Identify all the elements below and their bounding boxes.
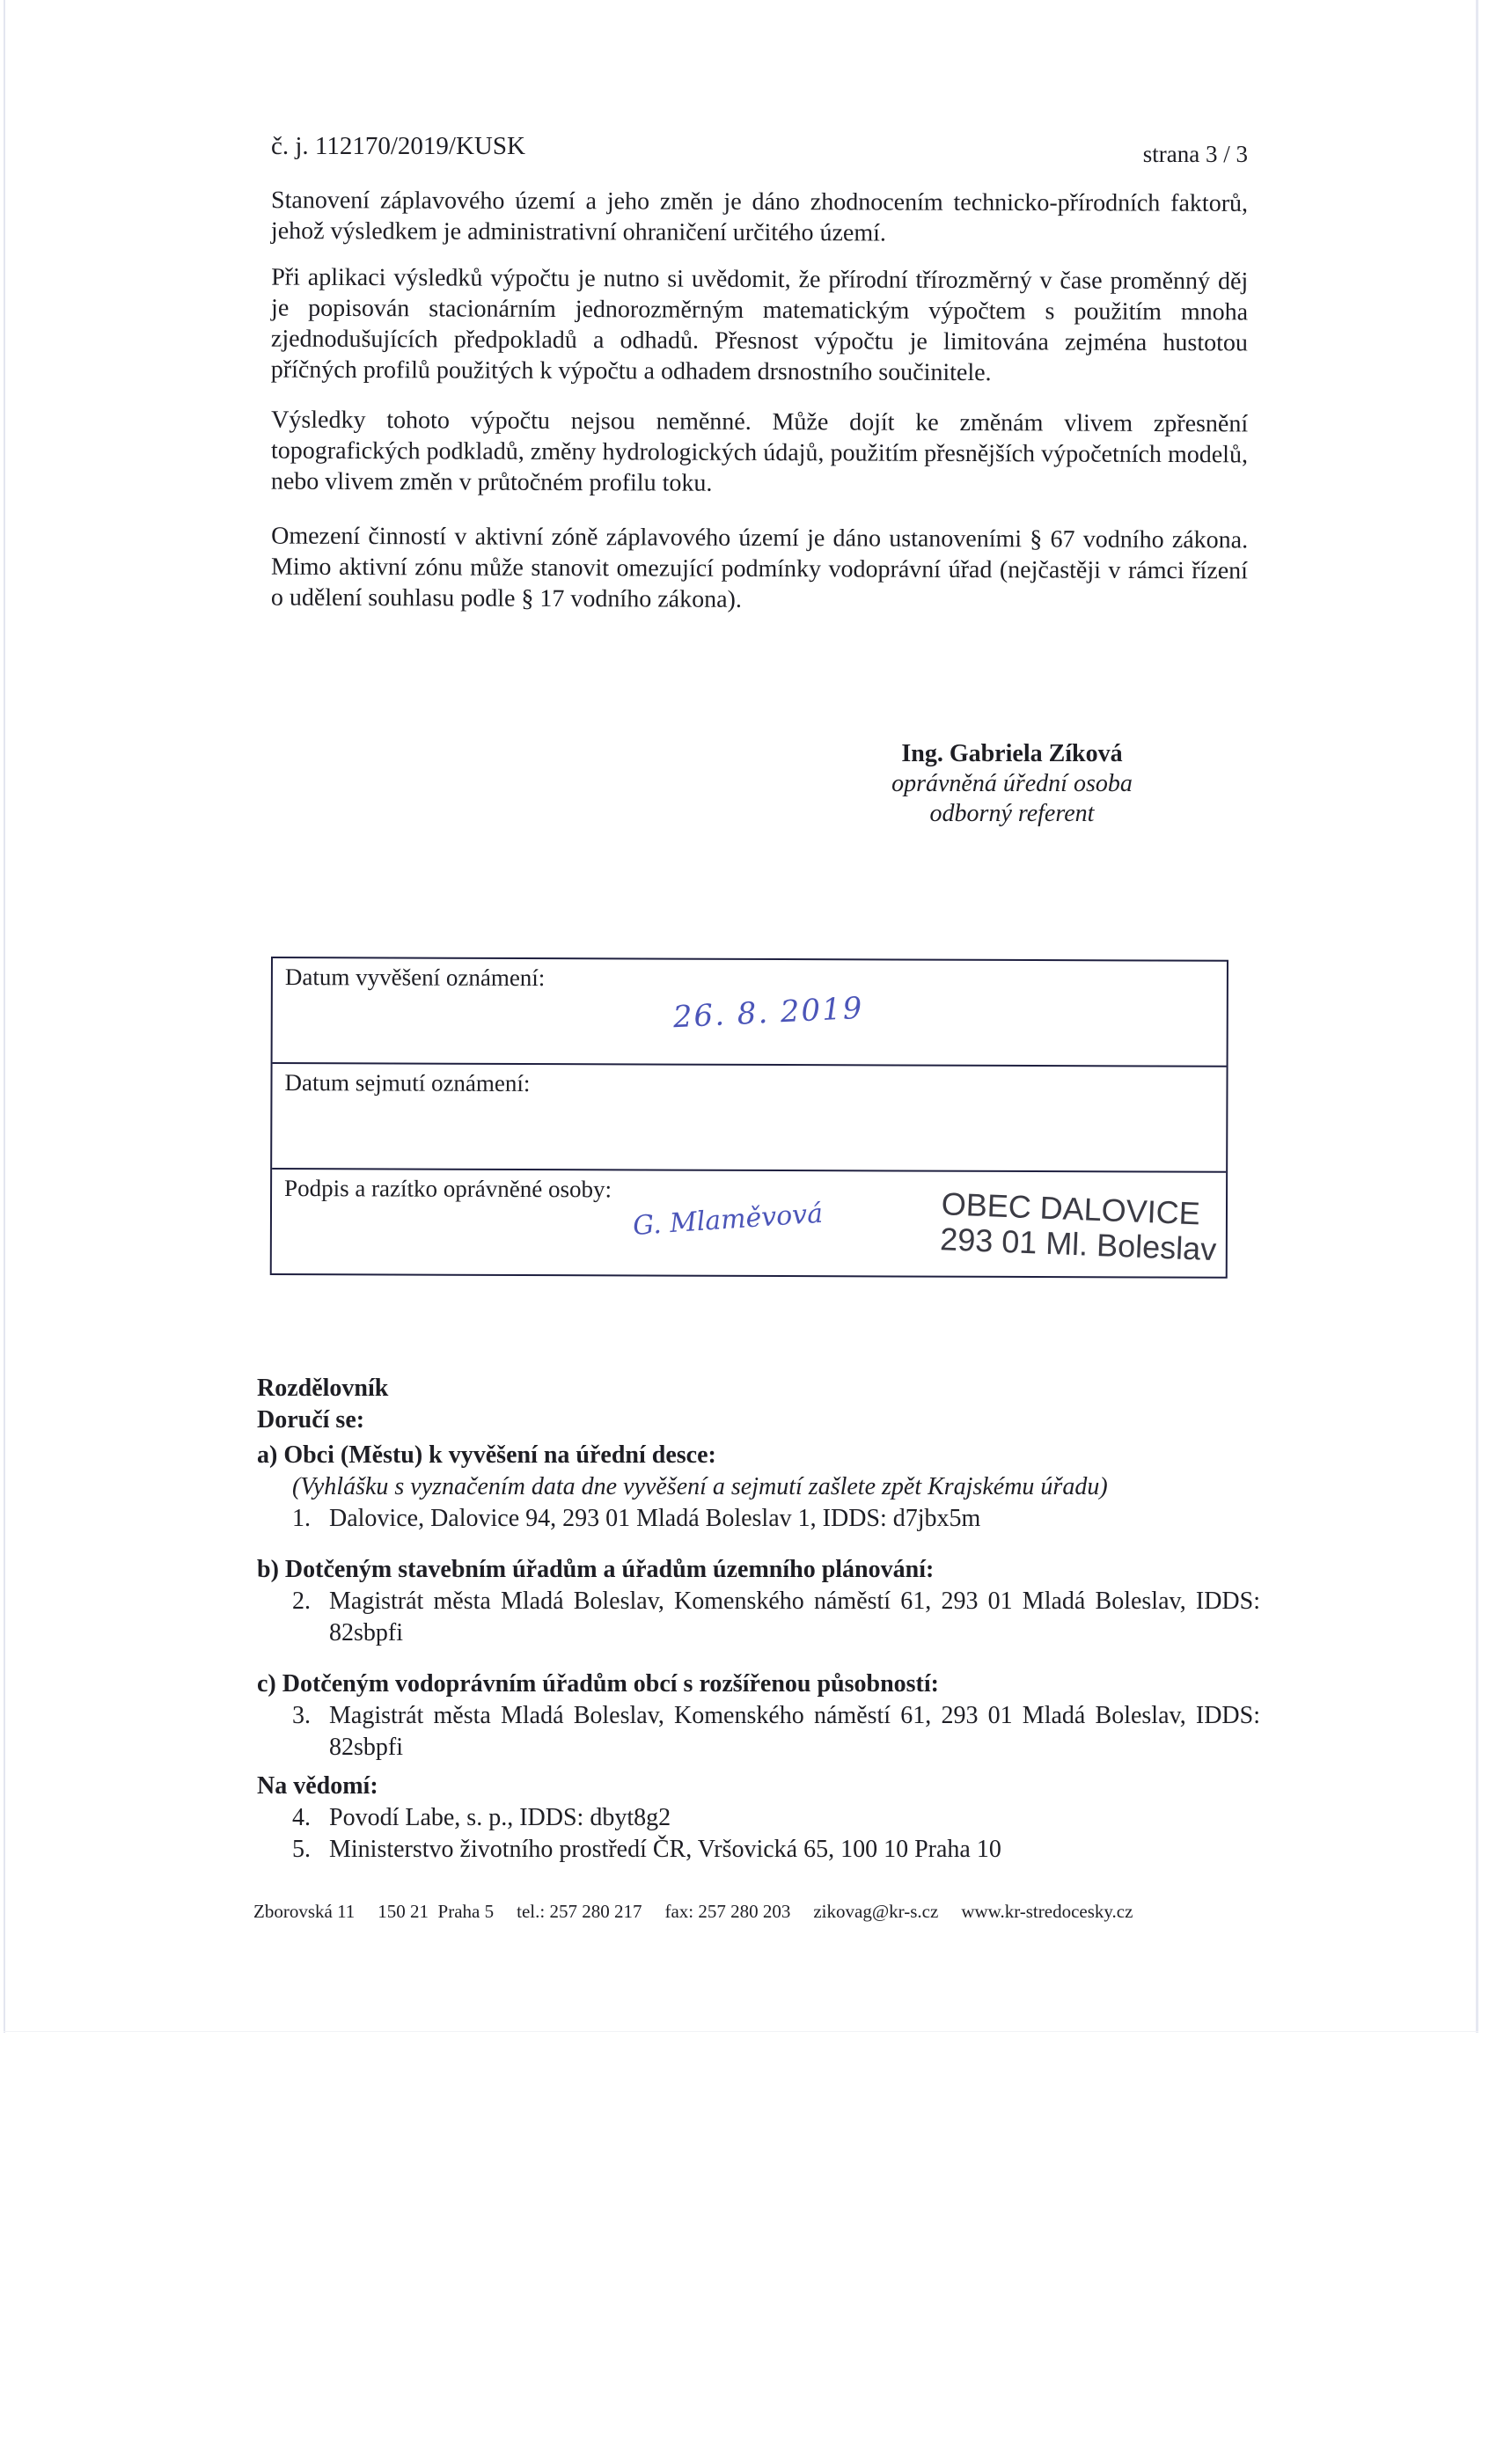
reference-number: č. j. 112170/2019/KUSK [271, 132, 525, 161]
item-text: Magistrát města Mladá Boleslav, Komenské… [329, 1586, 1260, 1649]
footer-web: www.kr-stredocesky.cz [961, 1901, 1133, 1922]
item-text: Dalovice, Dalovice 94, 293 01 Mladá Bole… [329, 1503, 1260, 1535]
item-number: 3. [292, 1700, 329, 1764]
handwritten-signature: G. Mlaměvová [632, 1199, 824, 1242]
item-text: Ministerstvo životního prostředí ČR, Vrš… [329, 1834, 1260, 1866]
item-number: 2. [292, 1586, 329, 1649]
scan-edge-bottom [4, 2031, 1478, 2032]
posting-date-label: Datum vyvěšení oznámení: [285, 964, 546, 992]
posting-date-row: Datum vyvěšení oznámení: 26. 8. 2019 [273, 958, 1227, 1067]
paragraph-3: Výsledky tohoto výpočtu nejsou neměnné. … [271, 405, 1248, 502]
footer-tel: tel.: 257 280 217 [517, 1901, 642, 1922]
item-number: 4. [292, 1802, 329, 1834]
section-a-note: (Vyhlášku s vyznačením data dne vyvěšení… [257, 1471, 1260, 1503]
list-item: 1. Dalovice, Dalovice 94, 293 01 Mladá B… [257, 1503, 1260, 1535]
info-heading: Na vědomí: [257, 1771, 1260, 1802]
signer-name: Ing. Gabriela Zíková [845, 739, 1179, 769]
posting-date-handwritten: 26. 8. 2019 [672, 991, 864, 1036]
item-text: Magistrát města Mladá Boleslav, Komenské… [329, 1700, 1260, 1764]
signature-label: Podpis a razítko oprávněné osoby: [284, 1175, 612, 1203]
footer-fax: fax: 257 280 203 [664, 1901, 790, 1922]
deliver-heading: Doručí se: [257, 1404, 1260, 1436]
signer-block: Ing. Gabriela Zíková oprávněná úřední os… [845, 739, 1179, 829]
list-item: 4. Povodí Labe, s. p., IDDS: dbyt8g2 [257, 1802, 1260, 1834]
removal-date-label: Datum sejmutí oznámení: [284, 1069, 530, 1097]
footer-city: 150 21 Praha 5 [378, 1901, 494, 1922]
list-item: 5. Ministerstvo životního prostředí ČR, … [257, 1834, 1260, 1866]
signer-title: odborný referent [845, 799, 1179, 829]
section-c-heading: c) Dotčeným vodoprávním úřadům obcí s ro… [257, 1668, 1260, 1700]
scan-edge-left [4, 0, 5, 2033]
signature-row: Podpis a razítko oprávněné osoby: G. Mla… [272, 1170, 1226, 1277]
distribution-list: Rozdělovník Doručí se: a) Obci (Městu) k… [257, 1373, 1260, 1866]
footer-contact: Zborovská 11150 21 Praha 5tel.: 257 280 … [253, 1901, 1155, 1923]
signer-role: oprávněná úřední osoba [845, 769, 1179, 799]
footer-street: Zborovská 11 [253, 1901, 355, 1922]
section-a-heading: a) Obci (Městu) k vyvěšení na úřední des… [257, 1440, 1260, 1471]
distribution-title: Rozdělovník [257, 1373, 1260, 1404]
official-stamp: OBEC DALOVICE 293 01 Ml. Boleslav [940, 1186, 1219, 1267]
scan-edge-right [1476, 0, 1478, 2033]
section-b-heading: b) Dotčeným stavebním úřadům a úřadům úz… [257, 1554, 1260, 1586]
list-item: 3. Magistrát města Mladá Boleslav, Komen… [257, 1700, 1260, 1764]
posting-form-table: Datum vyvěšení oznámení: 26. 8. 2019 Dat… [270, 957, 1228, 1279]
item-number: 1. [292, 1503, 329, 1535]
item-text: Povodí Labe, s. p., IDDS: dbyt8g2 [329, 1802, 1260, 1834]
item-number: 5. [292, 1834, 329, 1866]
list-item: 2. Magistrát města Mladá Boleslav, Komen… [257, 1586, 1260, 1649]
paragraph-1: Stanovení záplavového území a jeho změn … [271, 185, 1248, 250]
removal-date-row: Datum sejmutí oznámení: [272, 1064, 1226, 1173]
page-number: strana 3 / 3 [1143, 141, 1248, 168]
footer-email: zikovag@kr-s.cz [813, 1901, 938, 1922]
paragraph-4: Omezení činností v aktivní zóně záplavov… [271, 521, 1248, 618]
paragraph-2: Při aplikaci výsledků výpočtu je nutno s… [271, 262, 1249, 390]
